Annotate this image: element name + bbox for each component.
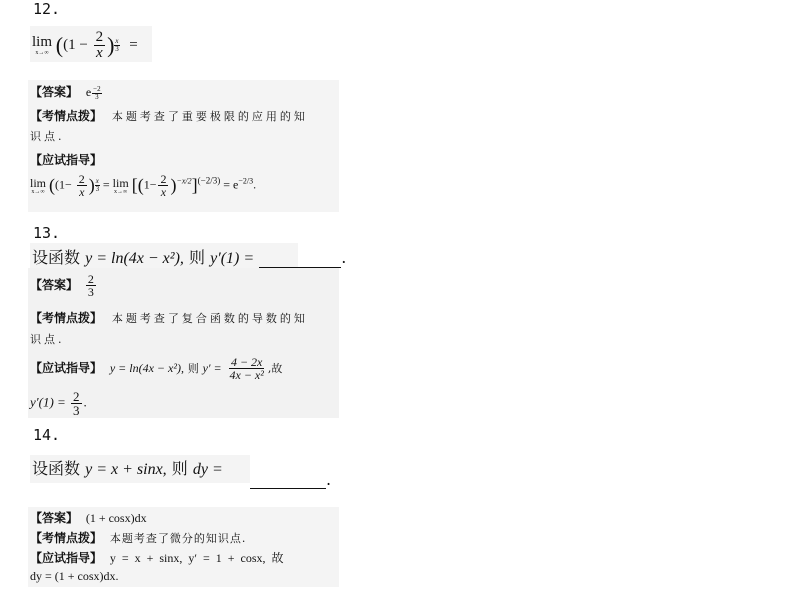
guide-label: 【应试指导】: [30, 361, 102, 375]
stem-prefix: 设函数: [32, 459, 80, 478]
guide-line-2: dy = (1 + cosx)dx.: [30, 569, 119, 584]
answer-label: 【答案】: [30, 278, 78, 292]
stem-target: dy =: [193, 461, 223, 478]
question-12-stem: lim x→∞ ((1 − 2x)x3 =: [30, 26, 152, 62]
question-13-number: 13.: [33, 224, 60, 242]
expr-open: (1 −: [63, 37, 91, 53]
question-12-number: 12.: [33, 0, 60, 18]
exponent: x3: [114, 38, 119, 53]
guide-line-1: 【应试指导】 y = ln(4x − x²), 则 y′ = 4 − 2x4x …: [30, 356, 282, 381]
guide-formula: limx→∞ ((1− 2x)x3 = limx→∞ [(1−2x)−x/2](…: [30, 173, 256, 198]
answer-base: e: [86, 85, 91, 99]
question-12-solution: 【答案】 e−23 【考情点拨】 本题考查了重要极限的应用的知 识点. 【应试指…: [28, 80, 339, 212]
stem-math: y = x + sinx,: [85, 461, 167, 478]
answer-value: e−23: [86, 85, 102, 99]
guide-label: 【应试指导】: [30, 551, 102, 565]
point-label: 【考情点拨】: [30, 311, 102, 325]
answer-blank[interactable]: [250, 476, 326, 489]
point-text-cont: 识点.: [30, 331, 65, 347]
point-text: 本题考查了微分的知识点.: [110, 532, 247, 545]
stem-period: .: [341, 248, 346, 267]
question-13-solution: 【答案】 23 【考情点拨】 本题考查了复合函数的导数的知 识点. 【应试指导】…: [28, 268, 339, 418]
question-14-solution: 【答案】 (1 + cosx)dx 【考情点拨】 本题考查了微分的知识点. 【应…: [28, 507, 339, 587]
answer-value: (1 + cosx)dx: [86, 511, 147, 525]
stem-then: 则: [189, 248, 205, 267]
frac-num: 2: [94, 30, 106, 46]
point-label: 【考情点拨】: [30, 109, 102, 123]
answer-blank[interactable]: [259, 251, 341, 268]
question-14-number: 14.: [33, 426, 60, 444]
close-paren: ): [107, 33, 114, 58]
guide-label: 【应试指导】: [30, 153, 102, 167]
stem-period: .: [326, 470, 331, 489]
question-14-blank-row: .: [250, 470, 331, 489]
lim-sub: x→∞: [35, 50, 48, 56]
exp-den: 3: [115, 46, 119, 53]
answer-fraction: 23: [86, 273, 96, 298]
lim-text: lim: [32, 35, 52, 50]
stem-target: y′(1) =: [210, 250, 254, 267]
question-14-stem: 设函数 y = x + sinx, 则 dy =: [32, 456, 223, 479]
point-text-cont: 识点.: [30, 128, 65, 144]
answer-label: 【答案】: [30, 85, 78, 99]
point-text: 本题考查了重要极限的应用的知: [112, 110, 308, 123]
lim-operator: lim x→∞: [32, 35, 52, 56]
stem-math: y = ln(4x − x²),: [85, 250, 184, 267]
frac-den: x: [94, 46, 105, 61]
open-paren: (: [56, 33, 63, 58]
point-label: 【考情点拨】: [30, 531, 102, 545]
fraction: 2x: [94, 30, 106, 61]
guide-line-2: y′(1) = 23.: [30, 390, 87, 417]
answer-exp-den: 3: [95, 94, 99, 101]
equals: =: [129, 37, 137, 53]
stem-then: 则: [172, 459, 188, 478]
guide-line-1: y = x + sinx, y′ = 1 + cosx, 故: [110, 551, 284, 565]
point-text: 本题考查了复合函数的导数的知: [112, 312, 308, 325]
question-13-stem: 设函数 y = ln(4x − x²), 则 y′(1) = .: [32, 245, 346, 268]
answer-label: 【答案】: [30, 511, 78, 525]
stem-prefix: 设函数: [32, 248, 80, 267]
